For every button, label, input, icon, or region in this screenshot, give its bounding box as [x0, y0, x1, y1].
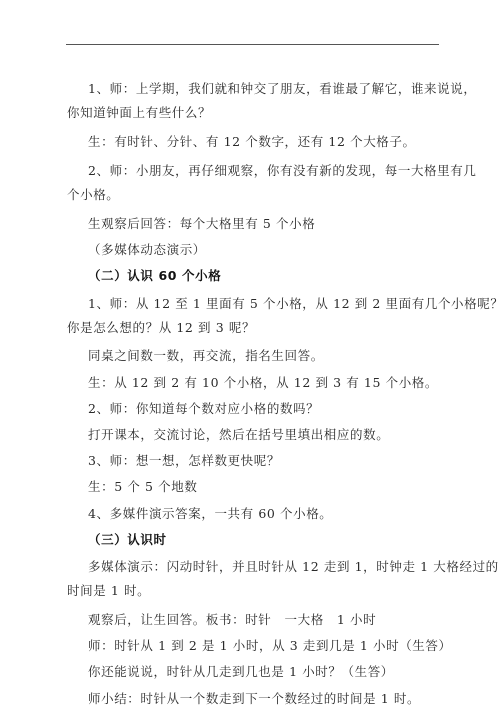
paragraph-continuation: 你是怎么想的？从 12 到 3 呢？ — [67, 316, 439, 340]
paragraph: 3、师：想一想，怎样数更快呢？ — [67, 449, 460, 473]
paragraph-continuation: 时间是 1 时。 — [67, 579, 439, 603]
paragraph: 2、师：你知道每个数对应小格的数吗？ — [67, 397, 460, 421]
section-heading: （三）认识时 — [67, 528, 460, 552]
paragraph: 1、师：上学期，我们就和钟交了朋友，看谁最了解它，谁来说说， — [67, 77, 460, 101]
paragraph: 生观察后回答：每个大格里有 5 个小格 — [67, 212, 460, 236]
paragraph: 多媒体演示：闪动时针，并且时针从 12 走到 1，时钟走 1 大格经过的 — [67, 555, 460, 579]
paragraph: 师：时针从 1 到 2 是 1 小时，从 3 走到几是 1 小时（生答） — [67, 634, 460, 658]
paragraph: 打开课本，交流讨论，然后在括号里填出相应的数。 — [67, 423, 460, 447]
paragraph: 观察后，让生回答。板书：时针 一大格 1 小时 — [67, 608, 460, 632]
paragraph: 同桌之间数一数，再交流，指名生回答。 — [67, 344, 460, 368]
paragraph: （多媒体动态演示） — [67, 238, 460, 262]
paragraph: 生：有时针、分针、有 12 个数字，还有 12 个大格子。 — [67, 130, 460, 154]
paragraph: 2、师：小朋友，再仔细观察，你有没有新的发现，每一大格里有几 — [67, 159, 460, 183]
paragraph-continuation: 个小格。 — [67, 183, 439, 207]
paragraph: 生：5 个 5 个地数 — [67, 475, 460, 499]
paragraph: 4、多媒件演示答案，一共有 60 个小格。 — [67, 502, 460, 526]
paragraph: 生：从 12 到 2 有 10 个小格，从 12 到 3 有 15 个小格。 — [67, 371, 460, 395]
header-rule — [66, 44, 439, 45]
paragraph-continuation: 你知道钟面上有些什么？ — [67, 101, 439, 125]
paragraph: 师小结：时针从一个数走到下一个数经过的时间是 1 时。 — [67, 687, 460, 706]
paragraph: 你还能说说，时针从几走到几也是 1 小时？（生答） — [67, 660, 460, 684]
section-heading: （二）认识 60 个小格 — [67, 264, 460, 288]
paragraph: 1、师：从 12 至 1 里面有 5 个小格，从 12 到 2 里面有几个小格呢… — [67, 292, 460, 316]
